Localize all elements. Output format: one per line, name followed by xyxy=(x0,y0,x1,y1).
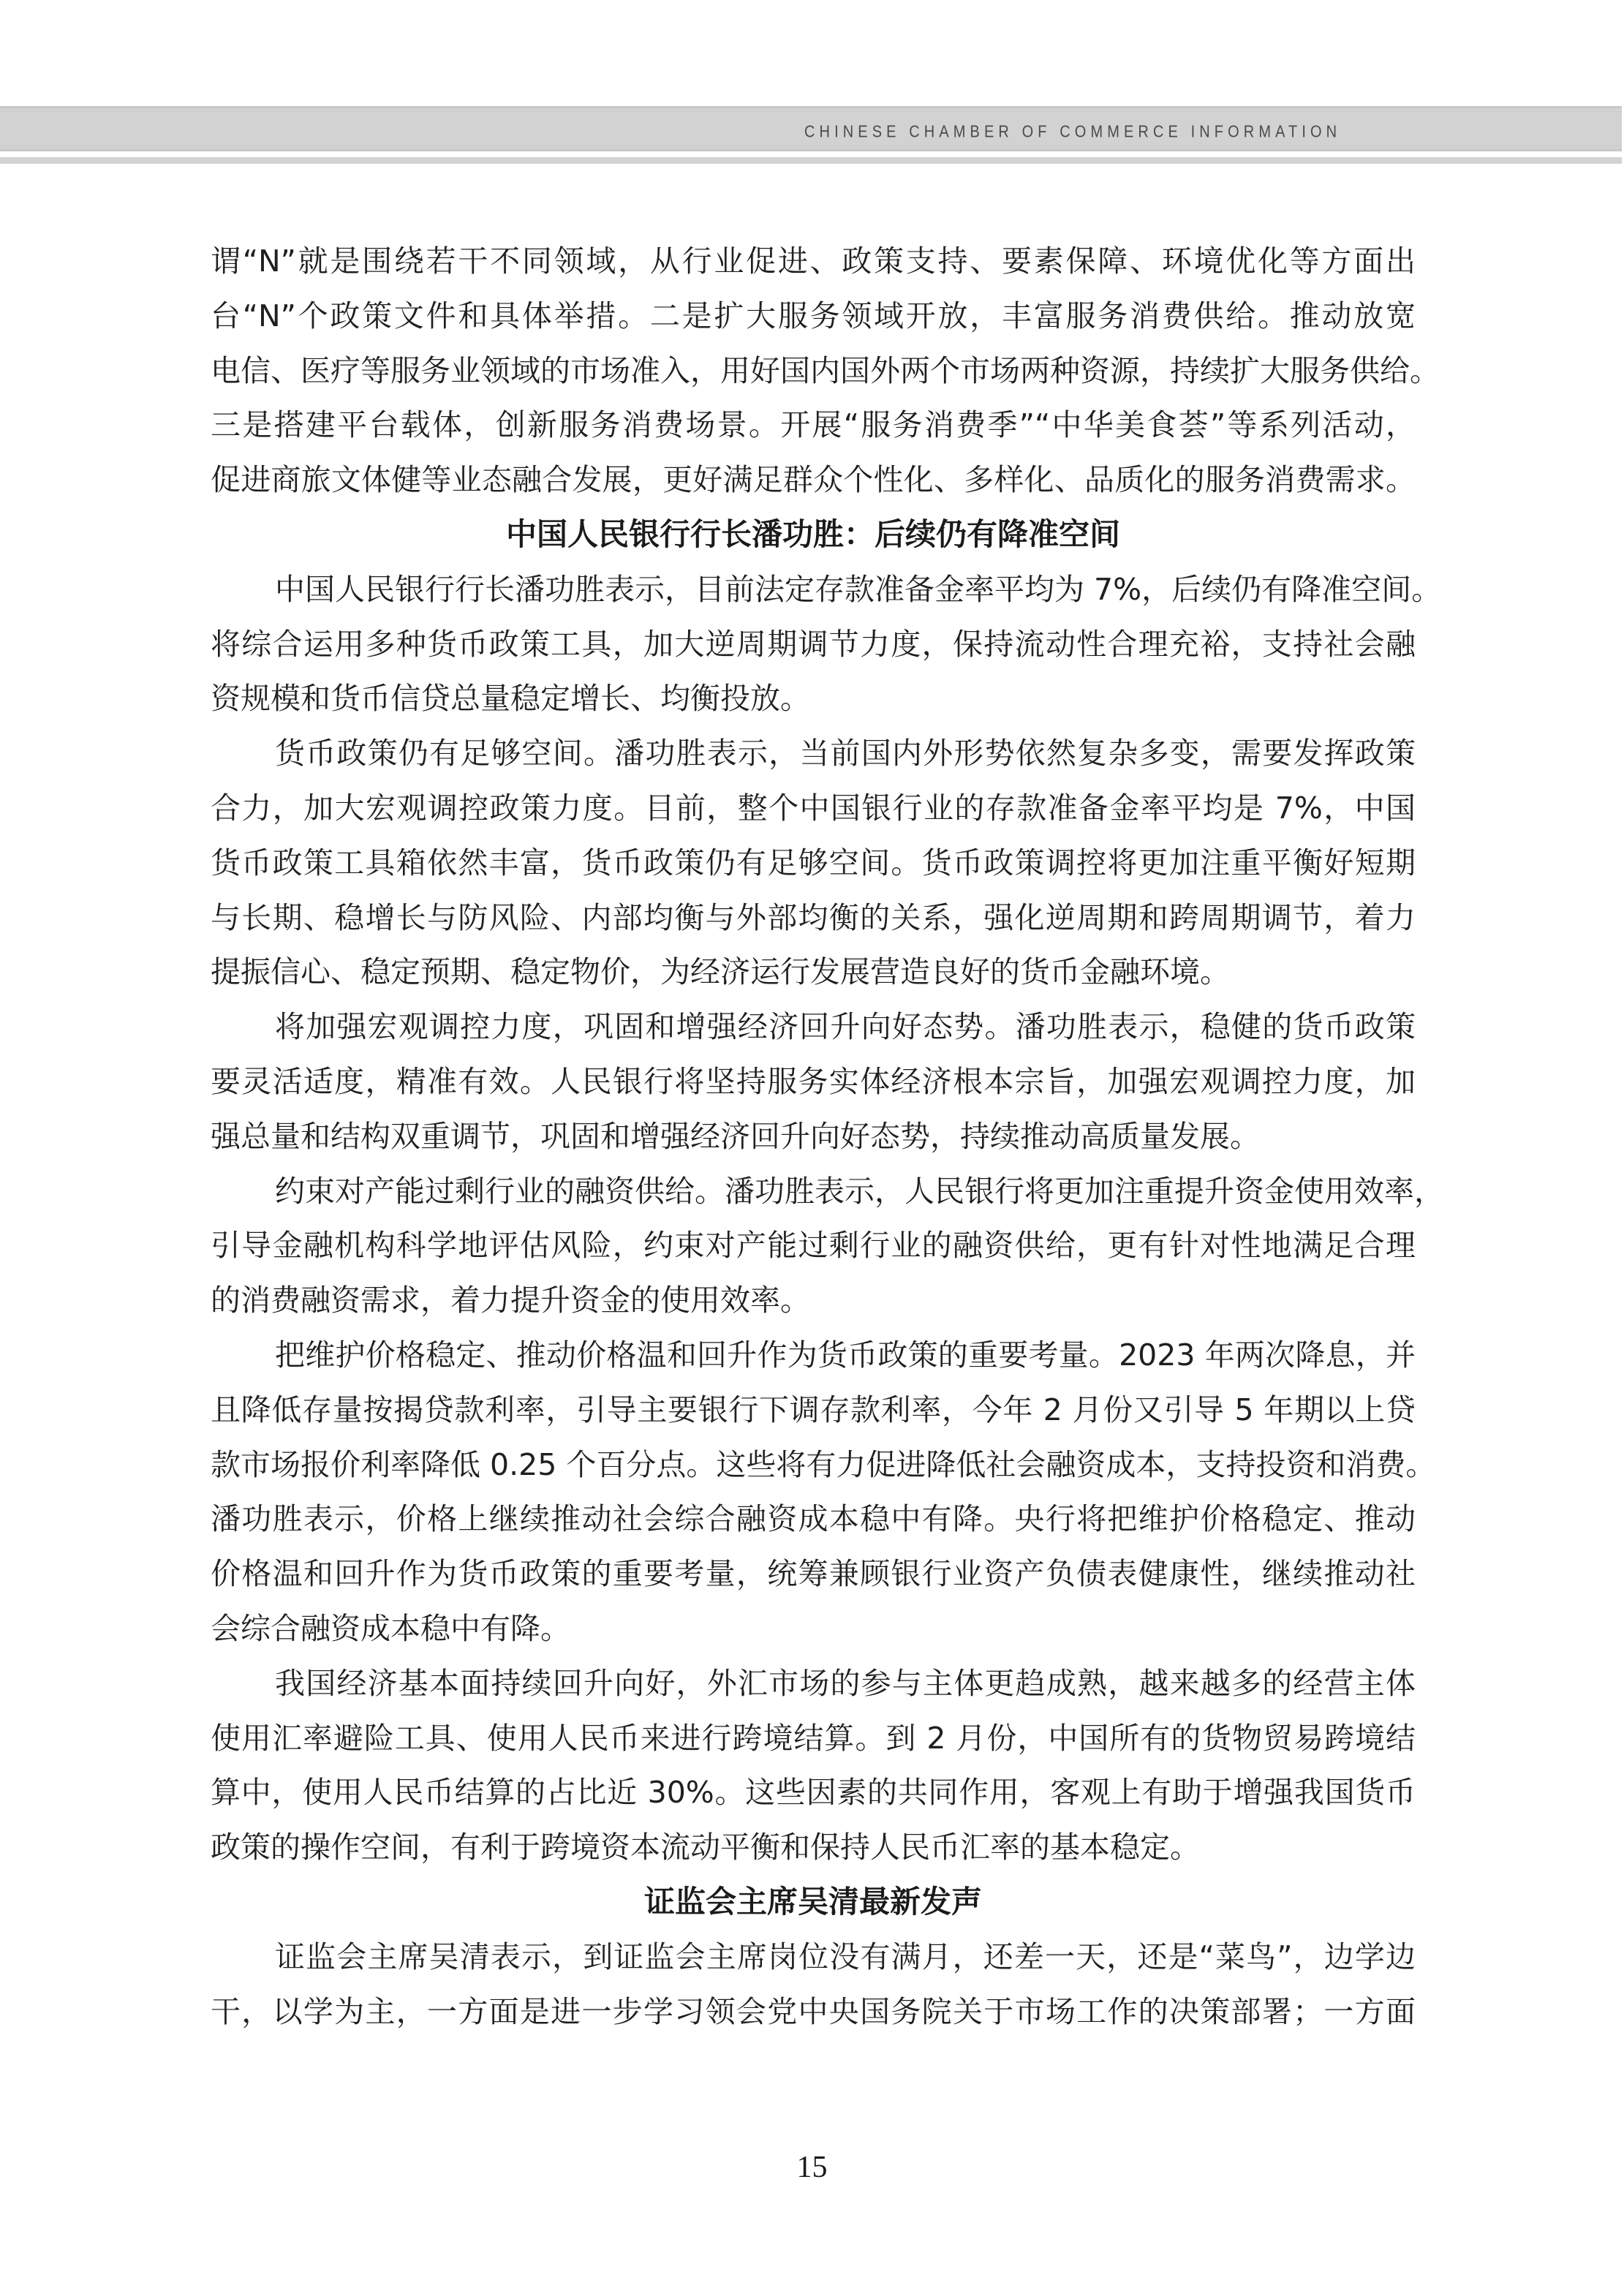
text-line: 谓“N”就是围绕若干不同领域，从行业促进、政策支持、要素保障、环境优化等方面出 xyxy=(211,239,1416,294)
text-line: 干，以学为主，一方面是进一步学习领会党中央国务院关于市场工作的决策部署；一方面 xyxy=(211,1990,1416,2045)
paragraph: 谓“N”就是围绕若干不同领域，从行业促进、政策支持、要素保障、环境优化等方面出 … xyxy=(211,239,1416,513)
paragraph: 货币政策仍有足够空间。潘功胜表示，当前国内外形势依然复杂多变，需要发挥政策 合力… xyxy=(211,731,1416,1005)
text-line: 货币政策仍有足够空间。潘功胜表示，当前国内外形势依然复杂多变，需要发挥政策 xyxy=(211,731,1416,786)
text-line: 使用汇率避险工具、使用人民币来进行跨境结算。到 2 月份，中国所有的货物贸易跨境… xyxy=(211,1716,1416,1771)
text-line: 台“N”个政策文件和具体举措。二是扩大服务领域开放，丰富服务消费供给。推动放宽 xyxy=(211,294,1416,349)
text-line: 将综合运用多种货币政策工具，加大逆周期调节力度，保持流动性合理充裕，支持社会融 xyxy=(211,622,1416,677)
text-line: 且降低存量按揭贷款利率，引导主要银行下调存款利率，今年 2 月份又引导 5 年期… xyxy=(211,1388,1416,1443)
text-line: 与长期、稳增长与防风险、内部均衡与外部均衡的关系，强化逆周期和跨周期调节，着力 xyxy=(211,896,1416,951)
text-line: 价格温和回升作为货币政策的重要考量，统筹兼顾银行业资产负债表健康性，继续推动社 xyxy=(211,1552,1416,1607)
paragraph: 中国人民银行行长潘功胜表示，目前法定存款准备金率平均为 7%，后续仍有降准空间。… xyxy=(211,567,1416,731)
paragraph: 约束对产能过剩行业的融资供给。潘功胜表示，人民银行将更加注重提升资金使用效率， … xyxy=(211,1169,1416,1333)
text-line: 我国经济基本面持续回升向好，外汇市场的参与主体更趋成熟，越来越多的经营主体 xyxy=(211,1661,1416,1716)
page-number: 15 xyxy=(0,2150,1624,2185)
text-line: 三是搭建平台载体，创新服务消费场景。开展“服务消费季”“中华美食荟”等系列活动， xyxy=(211,403,1416,458)
text-line: 资规模和货币信贷总量稳定增长、均衡投放。 xyxy=(211,676,1416,731)
text-line: 将加强宏观调控力度，巩固和增强经济回升向好态势。潘功胜表示，稳健的货币政策 xyxy=(211,1005,1416,1060)
paragraph: 把维护价格稳定、推动价格温和回升作为货币政策的重要考量。2023 年两次降息，并… xyxy=(211,1333,1416,1661)
section-heading-csrc: 证监会主席吴清最新发声 xyxy=(211,1880,1416,1935)
paragraph: 将加强宏观调控力度，巩固和增强经济回升向好态势。潘功胜表示，稳健的货币政策 要灵… xyxy=(211,1005,1416,1169)
running-header-title: CHINESE CHAMBER OF COMMERCE INFORMATION xyxy=(804,123,1404,142)
text-line: 会综合融资成本稳中有降。 xyxy=(211,1607,1416,1661)
running-header-band: CHINESE CHAMBER OF COMMERCE INFORMATION xyxy=(0,106,1622,151)
text-line: 证监会主席吴清表示，到证监会主席岗位没有满月，还差一天，还是“菜鸟”，边学边 xyxy=(211,1935,1416,1990)
text-line: 强总量和结构双重调节，巩固和增强经济回升向好态势，持续推动高质量发展。 xyxy=(211,1114,1416,1169)
text-line: 款市场报价利率降低 0.25 个百分点。这些将有力促进降低社会融资成本，支持投资… xyxy=(211,1443,1416,1498)
text-line: 电信、医疗等服务业领域的市场准入，用好国内国外两个市场两种资源，持续扩大服务供给… xyxy=(211,349,1416,404)
article-body: 谓“N”就是围绕若干不同领域，从行业促进、政策支持、要素保障、环境优化等方面出 … xyxy=(211,239,1416,2044)
paragraph: 证监会主席吴清表示，到证监会主席岗位没有满月，还差一天，还是“菜鸟”，边学边 干… xyxy=(211,1935,1416,2045)
text-line: 政策的操作空间，有利于跨境资本流动平衡和保持人民币汇率的基本稳定。 xyxy=(211,1825,1416,1880)
text-line: 提振信心、稳定预期、稳定物价，为经济运行发展营造良好的货币金融环境。 xyxy=(211,950,1416,1005)
header-divider-rule xyxy=(0,157,1622,164)
text-line: 货币政策工具箱依然丰富，货币政策仍有足够空间。货币政策调控将更加注重平衡好短期 xyxy=(211,841,1416,896)
text-line: 要灵活适度，精准有效。人民银行将坚持服务实体经济根本宗旨，加强宏观调控力度，加 xyxy=(211,1060,1416,1114)
paragraph: 我国经济基本面持续回升向好，外汇市场的参与主体更趋成熟，越来越多的经营主体 使用… xyxy=(211,1661,1416,1880)
text-line: 中国人民银行行长潘功胜表示，目前法定存款准备金率平均为 7%，后续仍有降准空间。 xyxy=(211,567,1416,622)
text-line: 约束对产能过剩行业的融资供给。潘功胜表示，人民银行将更加注重提升资金使用效率， xyxy=(211,1169,1416,1224)
section-heading-pboc: 中国人民银行行长潘功胜：后续仍有降准空间 xyxy=(211,513,1416,567)
text-line: 促进商旅文体健等业态融合发展，更好满足群众个性化、多样化、品质化的服务消费需求。 xyxy=(211,458,1416,513)
text-line: 算中，使用人民币结算的占比近 30%。这些因素的共同作用，客观上有助于增强我国货… xyxy=(211,1770,1416,1825)
text-line: 潘功胜表示，价格上继续推动社会综合融资成本稳中有降。央行将把维护价格稳定、推动 xyxy=(211,1497,1416,1552)
text-line: 的消费融资需求，着力提升资金的使用效率。 xyxy=(211,1278,1416,1333)
text-line: 把维护价格稳定、推动价格温和回升作为货币政策的重要考量。2023 年两次降息，并 xyxy=(211,1333,1416,1388)
text-line: 引导金融机构科学地评估风险，约束对产能过剩行业的融资供给，更有针对性地满足合理 xyxy=(211,1223,1416,1278)
text-line: 合力，加大宏观调控政策力度。目前，整个中国银行业的存款准备金率平均是 7%，中国 xyxy=(211,786,1416,841)
